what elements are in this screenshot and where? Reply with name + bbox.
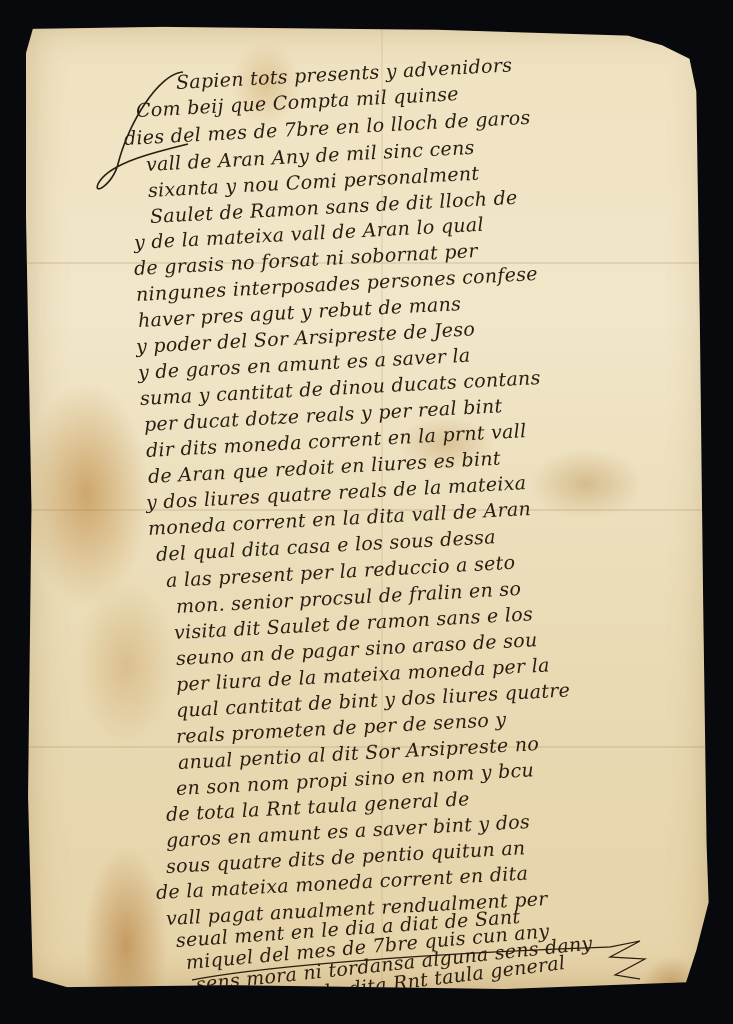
manuscript-page: Sapien tots presents y advenidors Com be… bbox=[26, 24, 710, 989]
closing-flourish bbox=[190, 935, 670, 995]
text-lines: Sapien tots presents y advenidors Com be… bbox=[26, 24, 710, 989]
